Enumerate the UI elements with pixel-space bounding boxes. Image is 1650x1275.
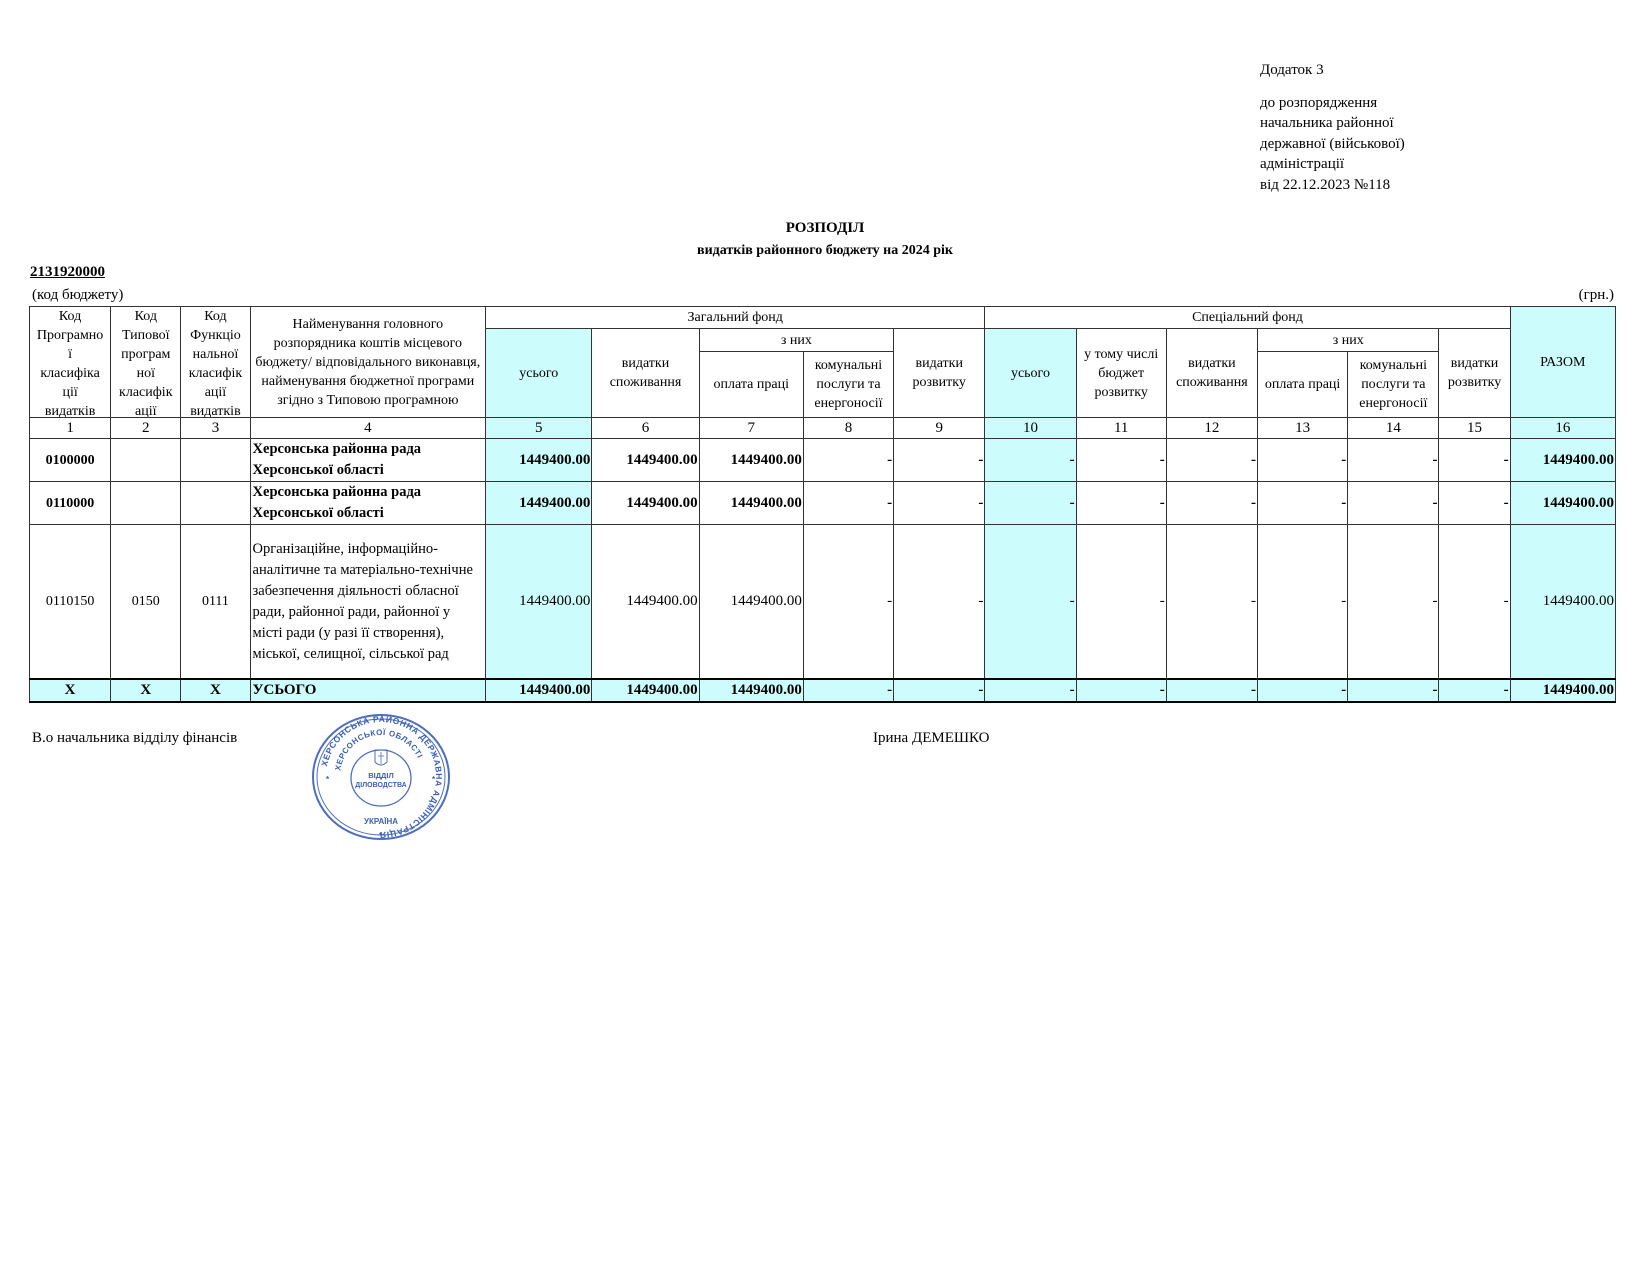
value-cell: -: [1076, 482, 1166, 525]
official-stamp-icon: ХЕРСОНСЬКА РАЙОННА ДЕРЖАВНА АДМІНІСТРАЦІ…: [308, 712, 454, 842]
value-cell: 1449400.00: [699, 482, 803, 525]
code-cell: 0150: [111, 525, 181, 680]
code-cell: X: [30, 679, 111, 702]
name-cell: Херсонська районна рада Херсонської обла…: [250, 439, 486, 482]
table-row: 011015001500111Організаційне, інформацій…: [30, 525, 1616, 680]
value-cell: 1449400.00: [486, 482, 592, 525]
value-cell: -: [1348, 482, 1439, 525]
svg-text:ВІДДІЛ: ВІДДІЛ: [368, 771, 394, 780]
value-cell: -: [985, 439, 1076, 482]
budget-table: КодПрограмноїкласифікаціївидатків КодТип…: [29, 306, 1616, 703]
table-row: 0110000Херсонська районна рада Херсонськ…: [30, 482, 1616, 525]
name-cell: УСЬОГО: [250, 679, 486, 702]
column-number: 8: [803, 418, 893, 439]
annex-line: до розпорядження: [1260, 93, 1405, 114]
header-name: Найменування головного розпорядника кошт…: [250, 307, 486, 418]
value-cell: 1449400.00: [1510, 679, 1615, 702]
annex-title: Додаток 3: [1260, 60, 1405, 81]
column-number: 2: [111, 418, 181, 439]
header-gf-utilities: комунальні послуги та енергоносії: [803, 352, 893, 418]
header-sf-incl-dev-budget: у тому числі бюджет розвитку: [1076, 329, 1166, 418]
value-cell: 1449400.00: [486, 439, 592, 482]
code-cell: X: [181, 679, 250, 702]
value-cell: -: [803, 482, 893, 525]
currency-label: (грн.): [1579, 287, 1614, 304]
budget-code: 2131920000: [30, 264, 105, 281]
value-cell: 1449400.00: [1510, 482, 1615, 525]
value-cell: 1449400.00: [592, 679, 699, 702]
value-cell: 1449400.00: [592, 525, 699, 680]
header-gf-consumption: видатки споживання: [592, 329, 699, 418]
value-cell: -: [1076, 439, 1166, 482]
header-general-fund: Загальний фонд: [486, 307, 985, 329]
header-sf-utilities: комунальні послуги та енергоносії: [1348, 352, 1439, 418]
name-cell: Херсонська районна рада Херсонської обла…: [250, 482, 486, 525]
code-cell: [111, 482, 181, 525]
annex-line: начальника районної: [1260, 113, 1405, 134]
value-cell: -: [803, 679, 893, 702]
signature-name: Ірина ДЕМЕШКО: [873, 730, 989, 747]
value-cell: 1449400.00: [592, 439, 699, 482]
column-number: 16: [1510, 418, 1615, 439]
document-title: РОЗПОДІЛ: [0, 220, 1650, 237]
value-cell: -: [894, 525, 985, 680]
value-cell: -: [1348, 679, 1439, 702]
column-number: 3: [181, 418, 250, 439]
budget-code-label: (код бюджету): [32, 287, 123, 304]
header-sf-of-which: з них: [1258, 329, 1439, 352]
value-cell: -: [894, 679, 985, 702]
value-cell: -: [985, 525, 1076, 680]
column-number: 6: [592, 418, 699, 439]
value-cell: 1449400.00: [486, 525, 592, 680]
value-cell: -: [1439, 482, 1510, 525]
column-number: 12: [1166, 418, 1257, 439]
column-number: 4: [250, 418, 486, 439]
value-cell: 1449400.00: [699, 525, 803, 680]
header-sf-consumption: видатки споживання: [1166, 329, 1257, 418]
value-cell: -: [1076, 525, 1166, 680]
column-number: 13: [1258, 418, 1348, 439]
value-cell: -: [894, 482, 985, 525]
value-cell: -: [1439, 439, 1510, 482]
value-cell: -: [1439, 525, 1510, 680]
column-number: 11: [1076, 418, 1166, 439]
value-cell: -: [803, 525, 893, 680]
value-cell: -: [803, 439, 893, 482]
code-cell: [181, 482, 250, 525]
header-program-code: КодПрограмноїкласифікаціївидатків: [30, 307, 111, 418]
annex-block: Додаток 3 до розпорядження начальника ра…: [1260, 60, 1405, 195]
column-number: 14: [1348, 418, 1439, 439]
name-cell: Організаційне, інформаційно-аналітичне т…: [250, 525, 486, 680]
value-cell: -: [1166, 439, 1257, 482]
value-cell: 1449400.00: [486, 679, 592, 702]
code-cell: X: [111, 679, 181, 702]
column-number: 7: [699, 418, 803, 439]
value-cell: -: [985, 482, 1076, 525]
header-typical-code: КодТиповоїпрограмноїкласифікації: [111, 307, 181, 418]
annex-line: адміністрації: [1260, 154, 1405, 175]
value-cell: -: [985, 679, 1076, 702]
header-gf-total: усього: [486, 329, 592, 418]
code-cell: 0100000: [30, 439, 111, 482]
header-sf-development: видатки розвитку: [1439, 329, 1510, 418]
column-number: 1: [30, 418, 111, 439]
value-cell: -: [1258, 679, 1348, 702]
value-cell: -: [1076, 679, 1166, 702]
value-cell: 1449400.00: [1510, 525, 1615, 680]
value-cell: 1449400.00: [1510, 439, 1615, 482]
code-cell: 0111: [181, 525, 250, 680]
code-cell: [181, 439, 250, 482]
value-cell: -: [1166, 679, 1257, 702]
header-gf-development: видатки розвитку: [894, 329, 985, 418]
annex-line: від 22.12.2023 №118: [1260, 175, 1405, 196]
value-cell: 1449400.00: [592, 482, 699, 525]
header-gf-of-which: з них: [699, 329, 893, 352]
value-cell: -: [1166, 482, 1257, 525]
svg-text:ДІЛОВОДСТВА: ДІЛОВОДСТВА: [355, 782, 406, 789]
value-cell: 1449400.00: [699, 679, 803, 702]
value-cell: 1449400.00: [699, 439, 803, 482]
signature-role: В.о начальника відділу фінансів: [32, 730, 237, 747]
column-number: 9: [894, 418, 985, 439]
svg-text:*: *: [326, 775, 330, 784]
header-sf-salary: оплата праці: [1258, 352, 1348, 418]
header-sum-total: РАЗОМ: [1510, 307, 1615, 418]
document-subtitle: видатків районного бюджету на 2024 рік: [0, 243, 1650, 259]
value-cell: -: [1258, 525, 1348, 680]
column-number: 15: [1439, 418, 1510, 439]
header-sf-total: усього: [985, 329, 1076, 418]
value-cell: -: [1258, 439, 1348, 482]
value-cell: -: [1439, 679, 1510, 702]
value-cell: -: [1348, 439, 1439, 482]
header-special-fund: Спеціальний фонд: [985, 307, 1510, 329]
total-row: XXXУСЬОГО1449400.001449400.001449400.00-…: [30, 679, 1616, 702]
svg-text:УКРАЇНА: УКРАЇНА: [364, 817, 398, 826]
header-functional-code: КодФункціональноїкласифікаціївидатків: [181, 307, 250, 418]
value-cell: -: [1258, 482, 1348, 525]
header-gf-salary: оплата праці: [699, 352, 803, 418]
code-cell: [111, 439, 181, 482]
value-cell: -: [1348, 525, 1439, 680]
table-row: 0100000Херсонська районна рада Херсонськ…: [30, 439, 1616, 482]
code-cell: 0110000: [30, 482, 111, 525]
column-numbers-row: 12345678910111213141516: [30, 418, 1616, 439]
value-cell: -: [894, 439, 985, 482]
column-number: 5: [486, 418, 592, 439]
value-cell: -: [1166, 525, 1257, 680]
annex-line: державної (військової): [1260, 134, 1405, 155]
column-number: 10: [985, 418, 1076, 439]
code-cell: 0110150: [30, 525, 111, 680]
